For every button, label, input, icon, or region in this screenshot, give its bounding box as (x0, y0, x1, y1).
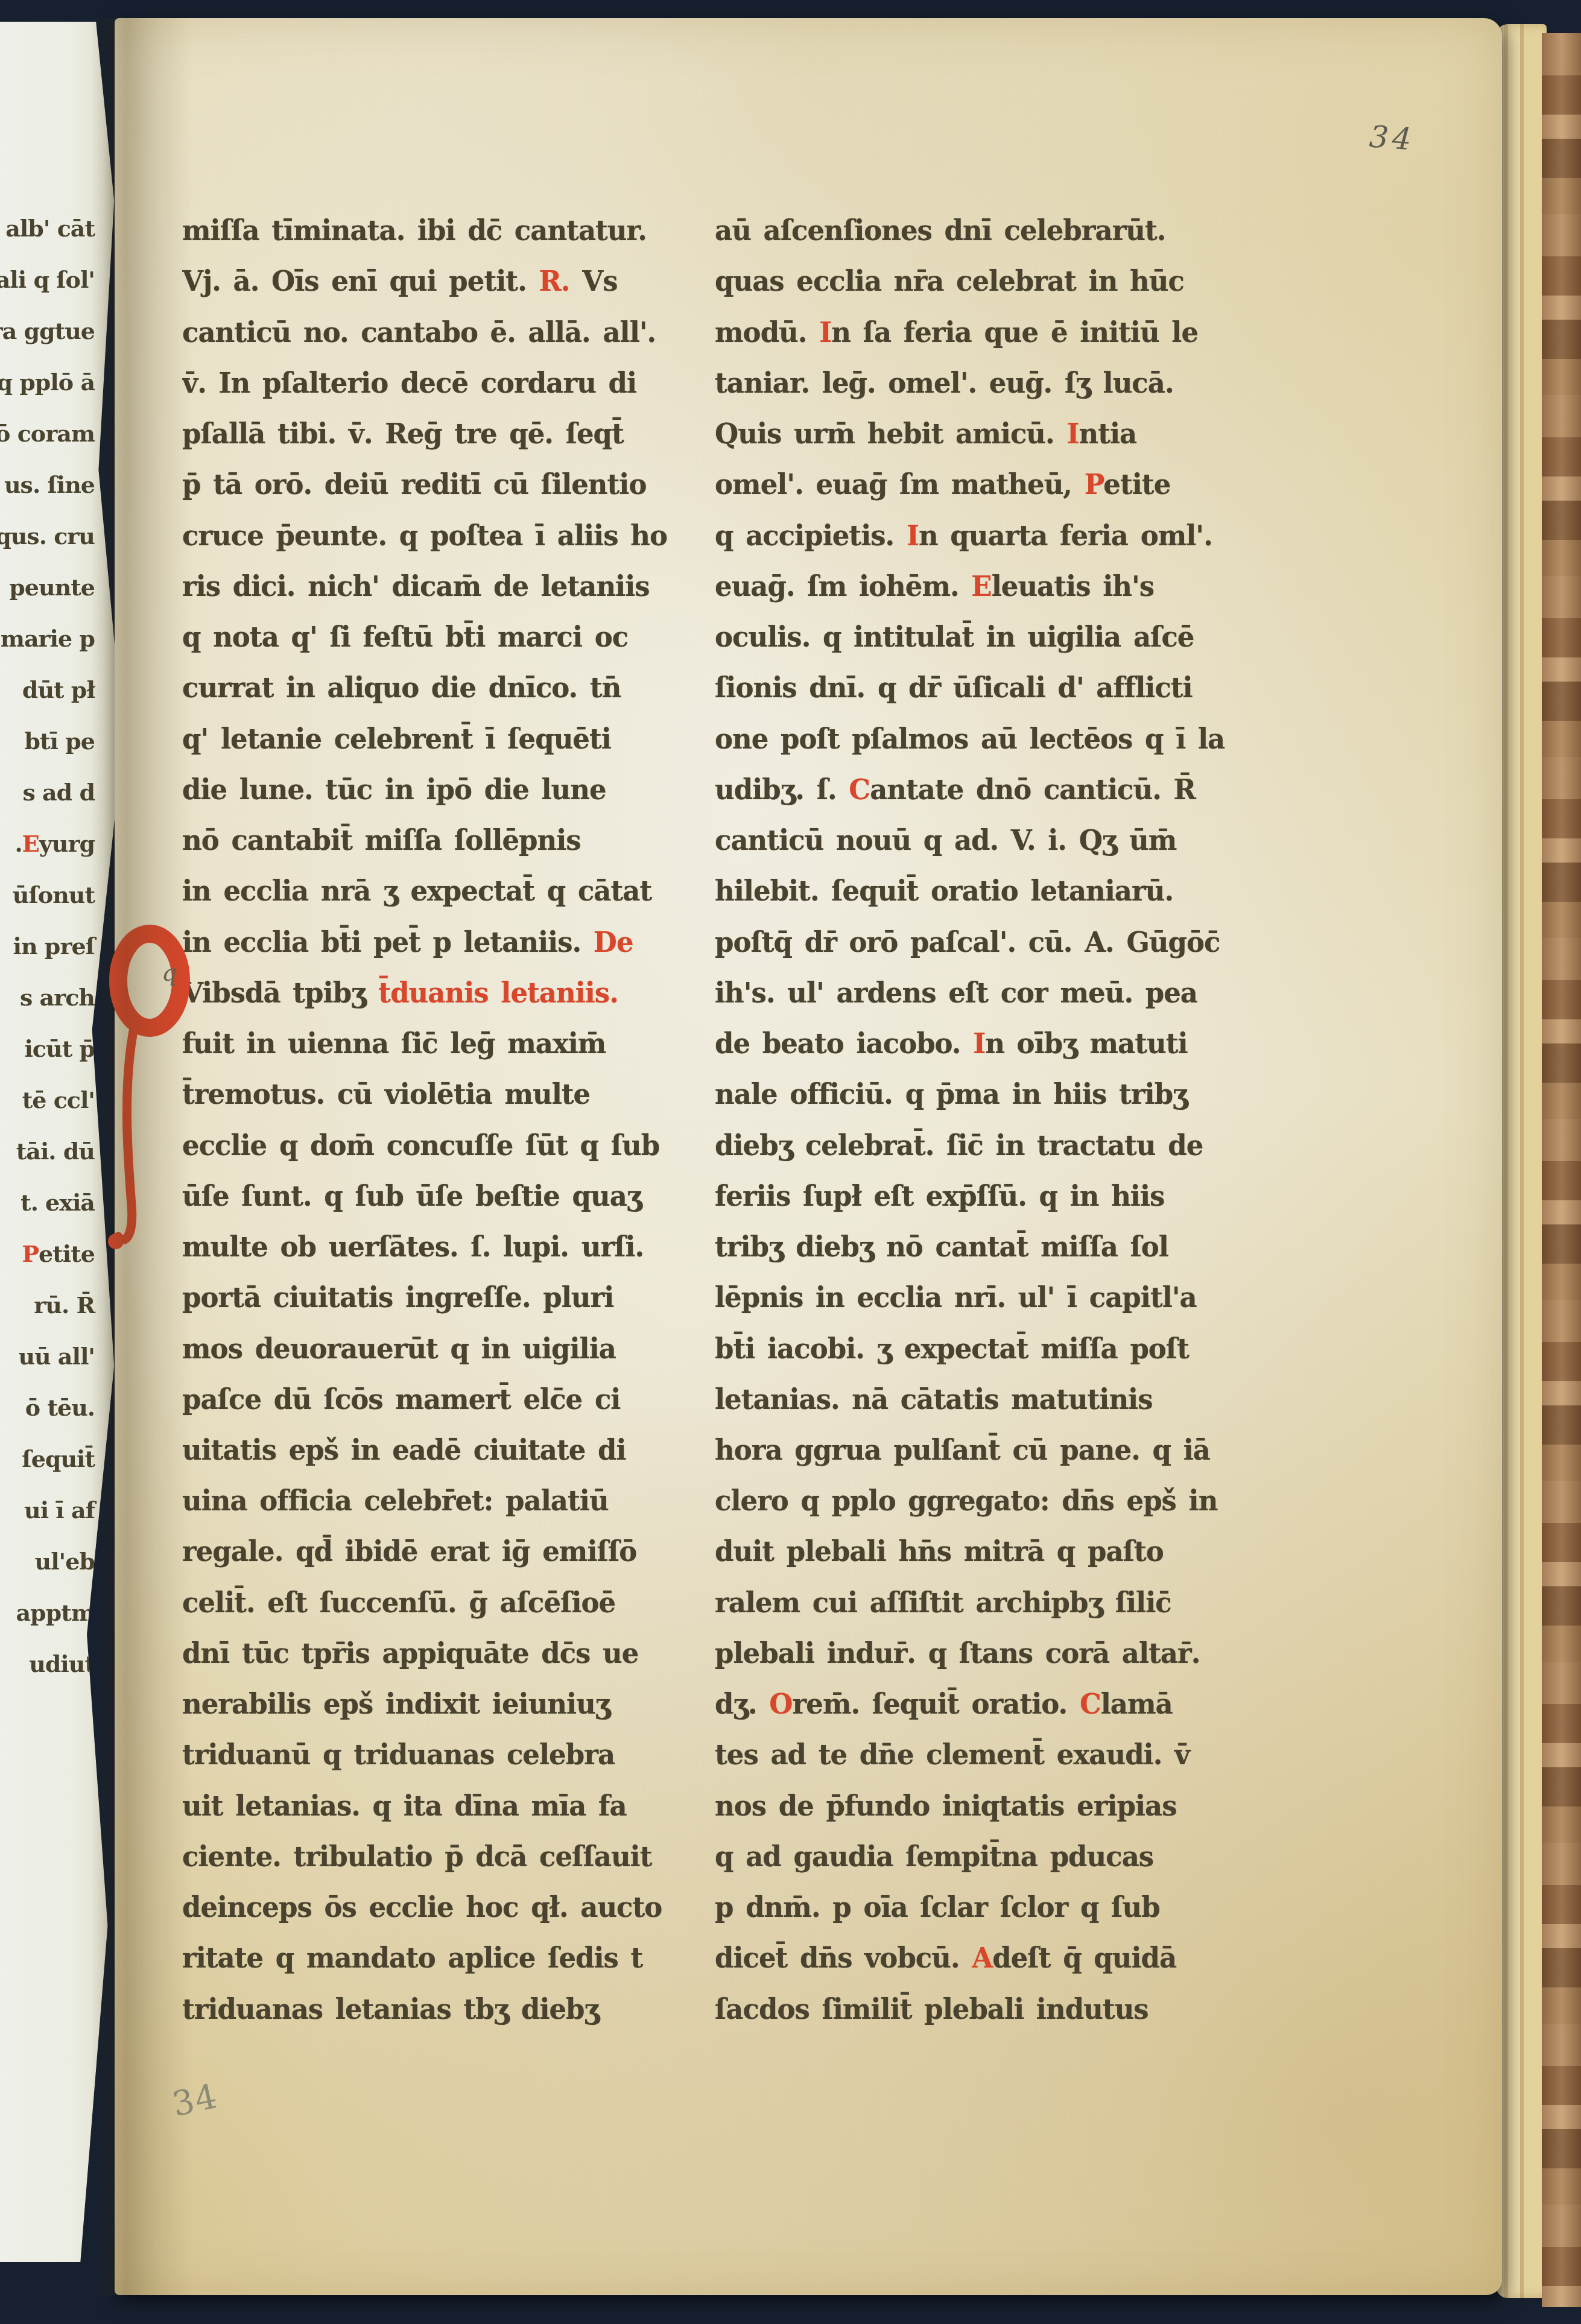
manuscript-line: plebali indur̄. q ſtans corā altar̄. (715, 1628, 1294, 1679)
manuscript-line: ūſe ſunt. q ſub ūſe beſtie quaʒ (182, 1171, 713, 1221)
manuscript-line: taniar. leḡ. omel'. euḡ. ſʒ lucā. (715, 358, 1294, 408)
manuscript-page: 34 q miſſa tīminata. ibi dc̄ cantatur.Vj… (115, 18, 1502, 2295)
manuscript-line: hilebit. ſequit̄ oratio letaniarū. (715, 866, 1294, 916)
manuscript-line: die lune. tūc in ipō die lune (182, 764, 713, 815)
manuscript-line: in ecclia nrā ʒ expectat̄ q cātat (182, 866, 713, 916)
manuscript-line: ritate q mandato aplice ſedis t (182, 1933, 713, 1983)
manuscript-line: omel'. euaḡ ſm matheū, Petite (715, 459, 1294, 510)
manuscript-line: p dnm̄. p oīa ſclar ſclor q ſub (715, 1882, 1294, 1933)
manuscript-line: euaḡ. ſm iohēm. Eleuatis ih's (715, 561, 1294, 612)
manuscript-line: miſſa tīminata. ibi dc̄ cantatur. (182, 205, 713, 256)
margin-fragment: apptm (0, 1587, 130, 1638)
manuscript-line: uitatis epš in eadē ciuitate di (182, 1425, 713, 1475)
folio-number-ink: 34 (1368, 119, 1416, 157)
margin-fragment: peunte (0, 562, 130, 613)
margin-fragment: ul'eb (0, 1536, 130, 1587)
manuscript-line: canticū nouū q ad. V. i. Qʒ ūm̄ (715, 815, 1294, 866)
manuscript-line: regale. qd̄ ibidē erat iḡ emiſſō (182, 1526, 713, 1577)
text-column-right: aū aſcenſiones dnī celebrarūt.quas eccli… (715, 205, 1294, 2034)
manuscript-line: nale officiū. q p̄ma in hiis tribʒ (715, 1069, 1294, 1119)
manuscript-line: one poſt pſalmos aū lectēos q ī la (715, 713, 1294, 764)
manuscript-line: ris dici. nich' dicam̄ de letaniis (182, 561, 713, 612)
manuscript-line: triduanas letanias tbʒ diebʒ (182, 1983, 713, 2034)
manuscript-line: pſallā tibi. v̄. Reḡ tre qē. ſeqt̄ (182, 408, 713, 459)
guide-letter: q (162, 959, 177, 987)
page-edges (1496, 24, 1547, 2298)
manuscript-line: fuit in uienna ſic̄ leḡ maxim̄ (182, 1018, 713, 1069)
margin-fragment: dūt pł (0, 664, 130, 715)
margin-fragment: btī pe (0, 715, 130, 767)
manuscript-line: Vj. ā. Oīs enī qui petit. R. Vs (182, 256, 713, 306)
manuscript-line: dʒ. Orem̄. ſequit̄ oratio. Clamā (715, 1679, 1294, 1729)
margin-fragment: us. ſine (0, 459, 130, 510)
margin-fragment: qus. cru (0, 510, 130, 562)
manuscript-line: uit letanias. q ita dīna mīa fa (182, 1780, 713, 1831)
manuscript-line: Vibsdā tpibʒ t̄duanis letaniis. (182, 967, 713, 1018)
manuscript-line: tes ad te dn̄e clement̄ exaudi. v̄ (715, 1729, 1294, 1780)
manuscript-line: ecclie q dom̄ concuſſe ſūt q ſub (182, 1119, 713, 1170)
manuscript-line: aū aſcenſiones dnī celebrarūt. (715, 205, 1294, 256)
manuscript-line: nerabilis epš indixit ieiuniuʒ (182, 1679, 713, 1729)
folio-number-pencil: 34 (169, 2077, 221, 2124)
margin-fragment: alb' cāt (0, 203, 130, 254)
margin-fragment: udiut (0, 1638, 130, 1689)
manuscript-line: ſacdos ſimilit̄ plebali indutus (715, 1983, 1294, 2034)
manuscript-line: p̄ tā orō. deiū reditī cū ſilentio (182, 459, 713, 510)
manuscript-line: poſtq̄ dr̄ orō paſcal'. cū. A. Gūgōc̄ (715, 916, 1294, 967)
manuscript-line: nō cantabit̄ miſſa ſollēpnis (182, 815, 713, 866)
manuscript-line: oculis. q intitulat̄ in uigilia aſcē (715, 612, 1294, 662)
manuscript-line: currat in aliquo die dnīco. tn̄ (182, 662, 713, 713)
text-column-left: miſſa tīminata. ibi dc̄ cantatur.Vj. ā. … (182, 205, 713, 2034)
manuscript-line: Quis urm̄ hebit amicū. Intia (715, 408, 1294, 459)
manuscript-line: cruce p̄eunte. q poſtea ī aliis ho (182, 510, 713, 560)
margin-fragment: ora ggtue (0, 305, 130, 356)
manuscript-line: paſce dū ſcōs mamert̄ elc̄e ci (182, 1374, 713, 1425)
manuscript-line: ih's. ul' ardens eſt cor meū. pea (715, 967, 1294, 1018)
manuscript-line: quas ecclia nr̄a celebrat in hūc (715, 256, 1294, 306)
manuscript-line: deinceps ōs ecclie hoc qł. aucto (182, 1882, 713, 1933)
manuscript-line: triduanū q triduanas celebra (182, 1729, 713, 1780)
manuscript-line: t̄remotus. cū violētia multe (182, 1069, 713, 1119)
manuscript-line: dicet̄ dn̄s vobcū. Adeſt q̄ quidā (715, 1933, 1294, 1983)
manuscript-line: mos deuorauerūt q in uigilia (182, 1323, 713, 1373)
manuscript-line: v̄. In pſalterio decē cordaru di (182, 358, 713, 408)
manuscript-line: portā ciuitatis ingreſſe. pluri (182, 1272, 713, 1323)
manuscript-line: q' letanie celebrent̄ ī ſequēti (182, 713, 713, 764)
manuscript-line: uina officia celebr̄et: palatiū (182, 1475, 713, 1526)
manuscript-line: letanias. nā cātatis matutinis (715, 1374, 1294, 1425)
manuscript-line: nos de p̄fundo iniqtatis eripias (715, 1780, 1294, 1831)
manuscript-line: ſionis dnī. q dr̄ ūſicali d' afflicti (715, 662, 1294, 713)
manuscript-line: tribʒ diebʒ nō cantat̄ miſſa ſol (715, 1221, 1294, 1272)
manuscript-line: feriis ſupł eſt exp̄ſſū. q in hiis (715, 1171, 1294, 1221)
initial-q-ornament (92, 904, 194, 1513)
margin-fragment: rō coram (0, 408, 130, 459)
manuscript-line: lēpnis in ecclia nrī. ul' ī capitl'a (715, 1272, 1294, 1323)
manuscript-line: multe ob uerſātes. ſ. lupi. urſi. (182, 1221, 713, 1272)
manuscript-line: q ad gaudia ſempit̄na pducas (715, 1831, 1294, 1882)
margin-fragment: . Eyurg (0, 818, 130, 869)
manuscript-line: de beato iacobo. In oībʒ matuti (715, 1018, 1294, 1069)
manuscript-line: udibʒ. ſ. Cantate dnō canticū. R̄ (715, 764, 1294, 815)
manuscript-line: ralem cui aſſiſtit archipbʒ ſilic̄ (715, 1577, 1294, 1627)
manuscript-line: clero q pplo ggregato: dn̄s epš in (715, 1475, 1294, 1526)
margin-fragment: marie p (0, 613, 130, 664)
manuscript-line: canticū no. cantabo ē. allā. all'. (182, 306, 713, 357)
manuscript-line: dnī tūc tpr̄is appiquāte dc̄s ue (182, 1628, 713, 1679)
manuscript-line: celit̄. eſt ſuccenſū. ḡ aſcēſioē (182, 1577, 713, 1627)
margin-fragment: ro q pplō ā (0, 356, 130, 408)
manuscript-line: bt̄i iacobi. ʒ expectat̄ miſſa poſt (715, 1323, 1294, 1373)
manuscript-line: duit plebali hn̄s mitrā q paſto (715, 1526, 1294, 1577)
manuscript-line: modū. In ſa feria que ē initiū le (715, 306, 1294, 357)
margin-fragment: s ad d (0, 767, 130, 818)
manuscript-line: ciente. tribulatio p̄ dcā ceſſauit (182, 1831, 713, 1882)
manuscript-line: diebʒ celebrat̄. ſic̄ in tractatu de (715, 1119, 1294, 1170)
manuscript-line: hora ggrua pulſant̄ cū pane. q iā (715, 1425, 1294, 1475)
fore-edge-board (1542, 33, 1581, 2307)
margin-fragment: cali q ſol' (0, 254, 130, 305)
manuscript-line: q nota q' ſi feſtū bt̄i marci oc (182, 612, 713, 662)
manuscript-line: in ecclia bt̄i pet̄ p letaniis. De (182, 916, 713, 967)
photo-background: alb' cātcali q ſol'ora ggtuero q pplō ār… (0, 0, 1581, 2324)
manuscript-line: q accipietis. In quarta feria oml'. (715, 510, 1294, 560)
